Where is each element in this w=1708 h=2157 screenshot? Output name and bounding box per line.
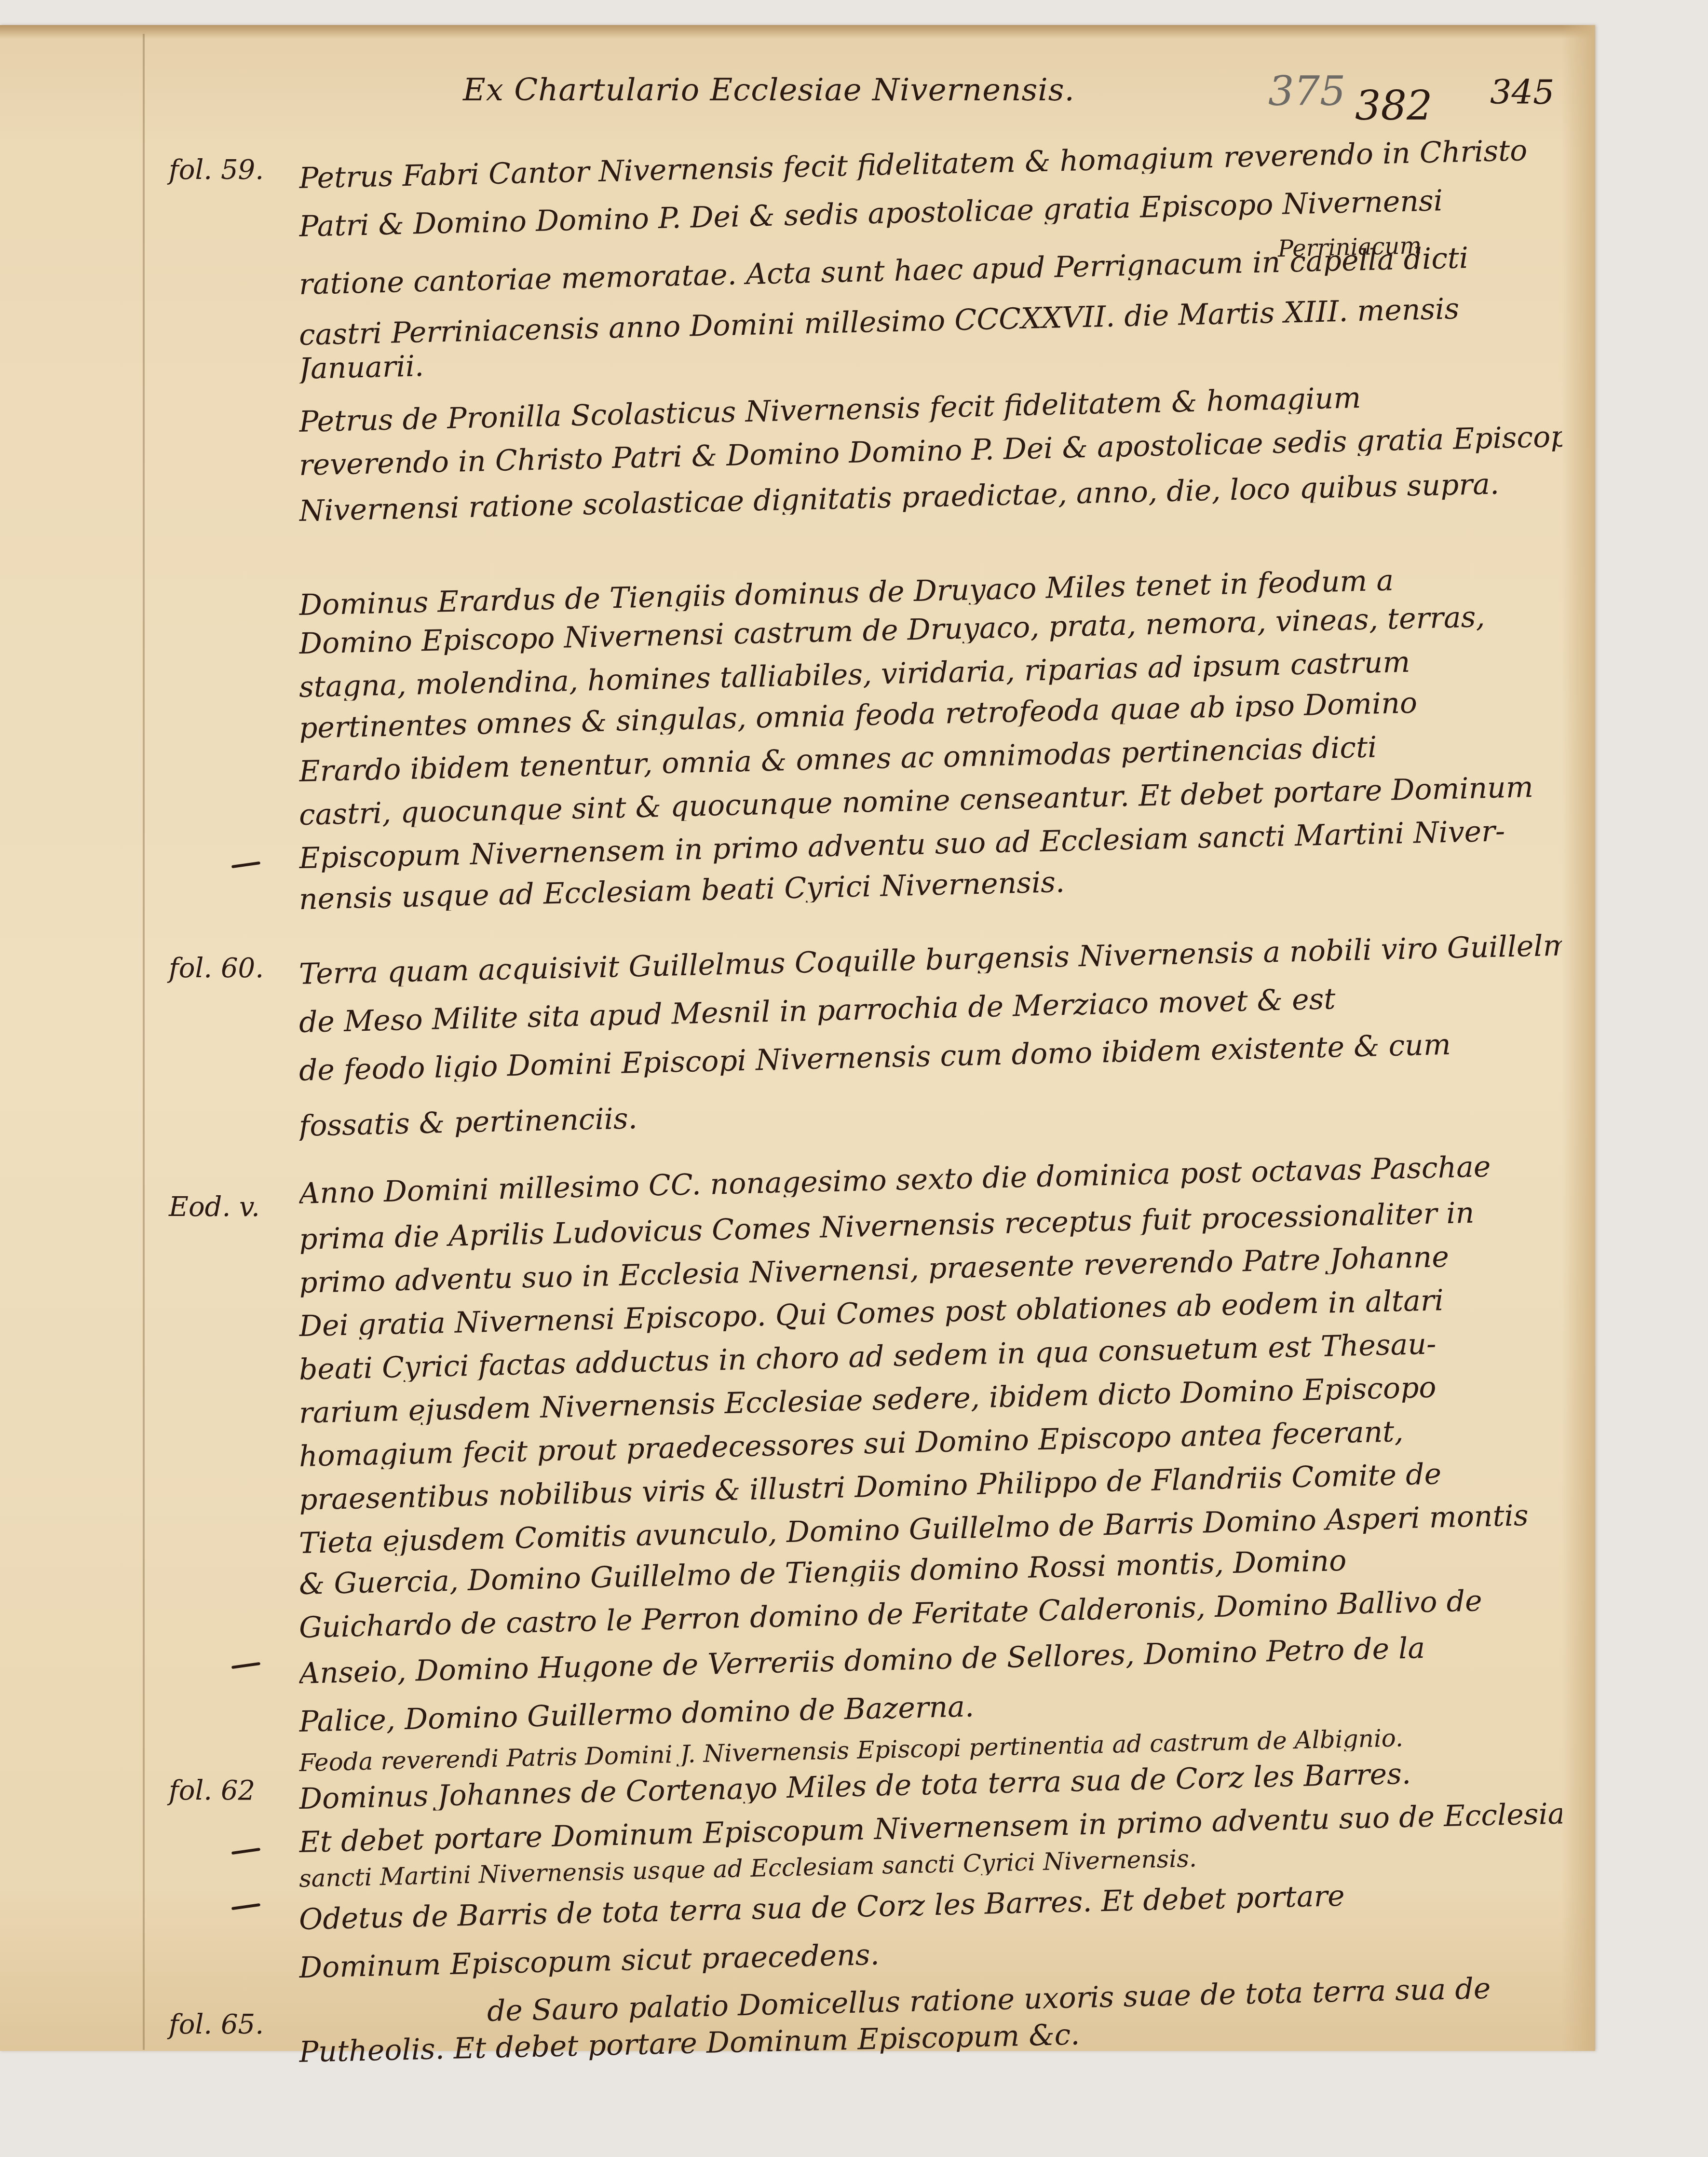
page-heading: Ex Chartulario Ecclesiae Nivernensis. [463,72,1075,108]
margin-label-eod-v: Eod. v. [169,1191,260,1223]
margin-label-fol-62: fol. 62 [169,1775,255,1806]
page-number-ink: 382 [1355,82,1432,129]
page-number-pencil: 375 [1268,68,1345,115]
margin-label-fol-60: fol. 60. [169,953,264,984]
margin-label-fol-65: fol. 65. [169,2009,264,2040]
page-number-folio: 345 [1490,72,1555,112]
fold-line [143,34,145,2050]
margin-label-fol-59: fol. 59. [169,154,264,186]
